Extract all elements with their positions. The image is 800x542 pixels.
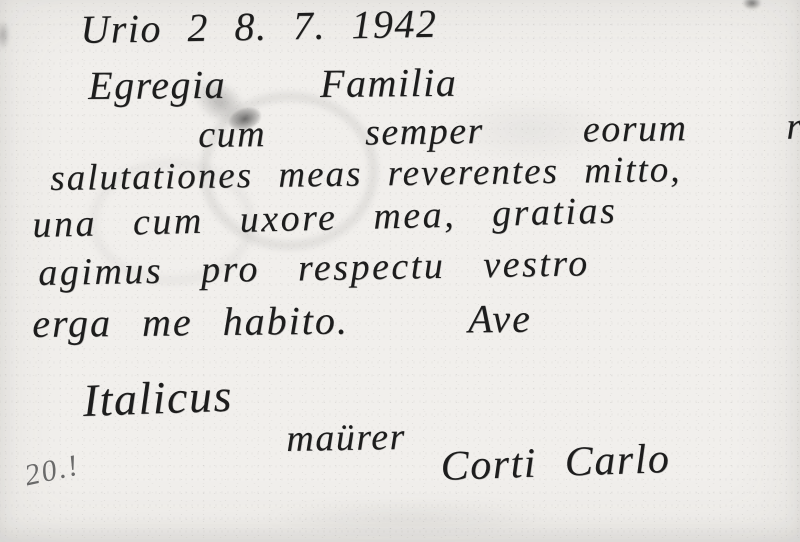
body-line-1: cum semper eorum recorder (198, 106, 800, 154)
pencil-corner-note: 20.! (22, 450, 83, 491)
identity-line: Italicus (82, 373, 233, 424)
edge-speck-top-right (742, 0, 762, 10)
postcard-scan: Urio 2 8. 7. 1942 Egregia Familia cum se… (0, 0, 800, 542)
edge-speck-top-left (0, 20, 10, 50)
body-line-5: erga me habito. Ave (32, 299, 532, 344)
salutation-line: Egregia Familia (88, 63, 457, 106)
body-line-4: agimus pro respectu vestro (38, 244, 590, 292)
paper-smudge-bottom (260, 498, 560, 538)
occupation-line: maürer (286, 418, 406, 458)
body-line-3: una cum uxore mea, gratias (32, 192, 618, 244)
dateline: Urio 2 8. 7. 1942 (80, 4, 438, 50)
signature: Corti Carlo (440, 438, 671, 488)
